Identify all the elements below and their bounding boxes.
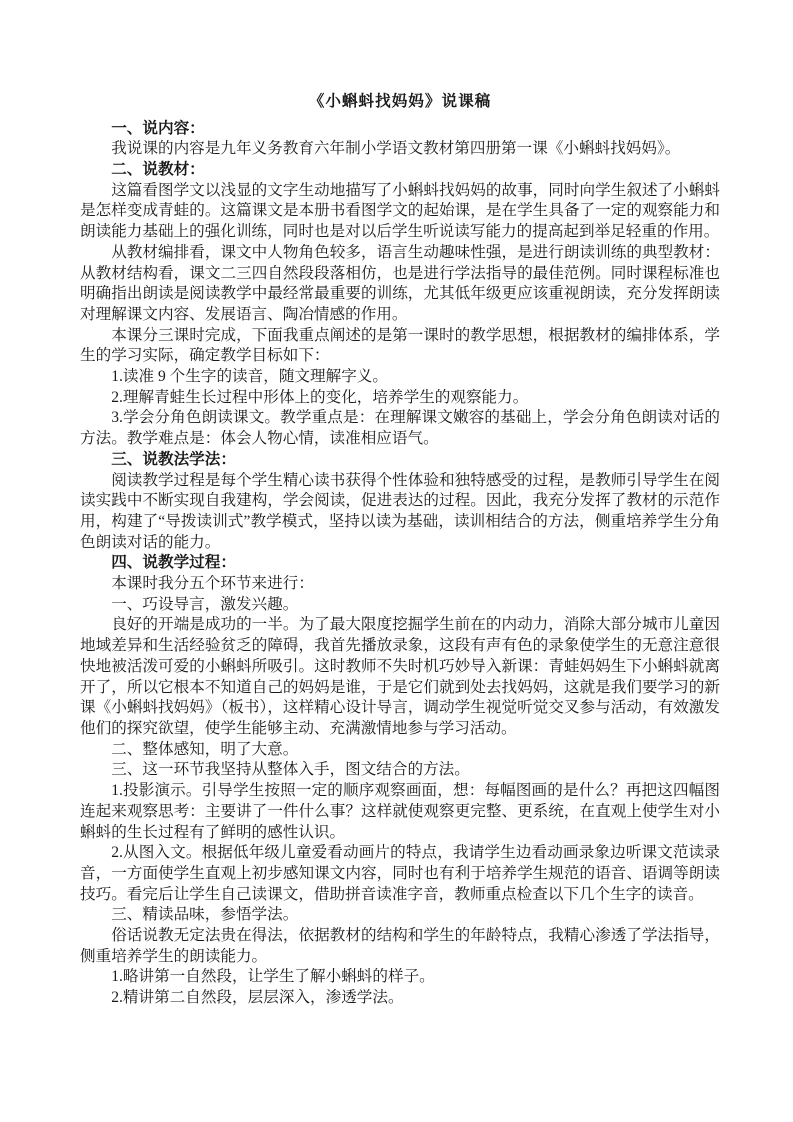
section-heading: 二、说教材： [80,160,720,181]
paragraph: 阅读教学过程是每个学生精心读书获得个性体验和独特感受的过程，是教师引导学生在阅读… [80,471,720,554]
paragraph: 从教材编排看，课文中人物角色较多，语言生动趣味性强，是进行朗读训练的典型教材：从… [80,243,720,326]
paragraph: 本课分三课时完成，下面我重点阐述的是第一课时的教学思想，根据教材的编排体系，学生… [80,326,720,367]
paragraph: 1.投影演示。引导学生按照一定的顺序观察画面，想：每幅图画的是什么？再把这四幅图… [80,781,720,843]
paragraph: 二、整体感知，明了大意。 [80,740,720,761]
document-body: 一、说内容：我说课的内容是九年义务教育六年制小学语文教材第四册第一课《小蝌蚪找妈… [80,119,720,1009]
document-page: 《小蝌蚪找妈妈》说课稿 一、说内容：我说课的内容是九年义务教育六年制小学语文教材… [0,0,793,1122]
paragraph: 俗话说教无定法贵在得法，依据教材的结构和学生的年龄特点，我精心渗透了学法指导，侧… [80,926,720,967]
paragraph: 2.理解青蛙生长过程中形体上的变化，培养学生的观察能力。 [80,388,720,409]
paragraph: 这篇看图学文以浅显的文字生动地描写了小蝌蚪找妈妈的故事，同时向学生叙述了小蝌蚪是… [80,181,720,243]
paragraph: 1.略讲第一自然段，让学生了解小蝌蚪的样子。 [80,967,720,988]
paragraph: 2.从图入文。根据低年级儿童爱看动画片的特点，我请学生边看动画录象边听课文范读录… [80,843,720,905]
paragraph: 三、精读品味，参悟学法。 [80,905,720,926]
paragraph: 3.学会分角色朗读课文。教学重点是：在理解课文嫩容的基础上，学会分角色朗读对话的… [80,408,720,449]
paragraph: 我说课的内容是九年义务教育六年制小学语文教材第四册第一课《小蝌蚪找妈妈》。 [80,139,720,160]
paragraph: 本课时我分五个环节来进行： [80,574,720,595]
section-heading: 三、说教法学法： [80,450,720,471]
section-heading: 四、说教学过程： [80,553,720,574]
paragraph: 2.精讲第二自然段，层层深入，渗透学法。 [80,988,720,1009]
paragraph: 三、这一环节我坚持从整体入手，图文结合的方法。 [80,760,720,781]
paragraph: 1.读准 9 个生字的读音，随文理解字义。 [80,367,720,388]
paragraph: 一、巧设导言，激发兴趣。 [80,595,720,616]
page-title: 《小蝌蚪找妈妈》说课稿 [80,92,720,113]
paragraph: 良好的开端是成功的一半。为了最大限度挖掘学生前在的内动力，消除大部分城市儿童因地… [80,615,720,739]
section-heading: 一、说内容： [80,119,720,140]
